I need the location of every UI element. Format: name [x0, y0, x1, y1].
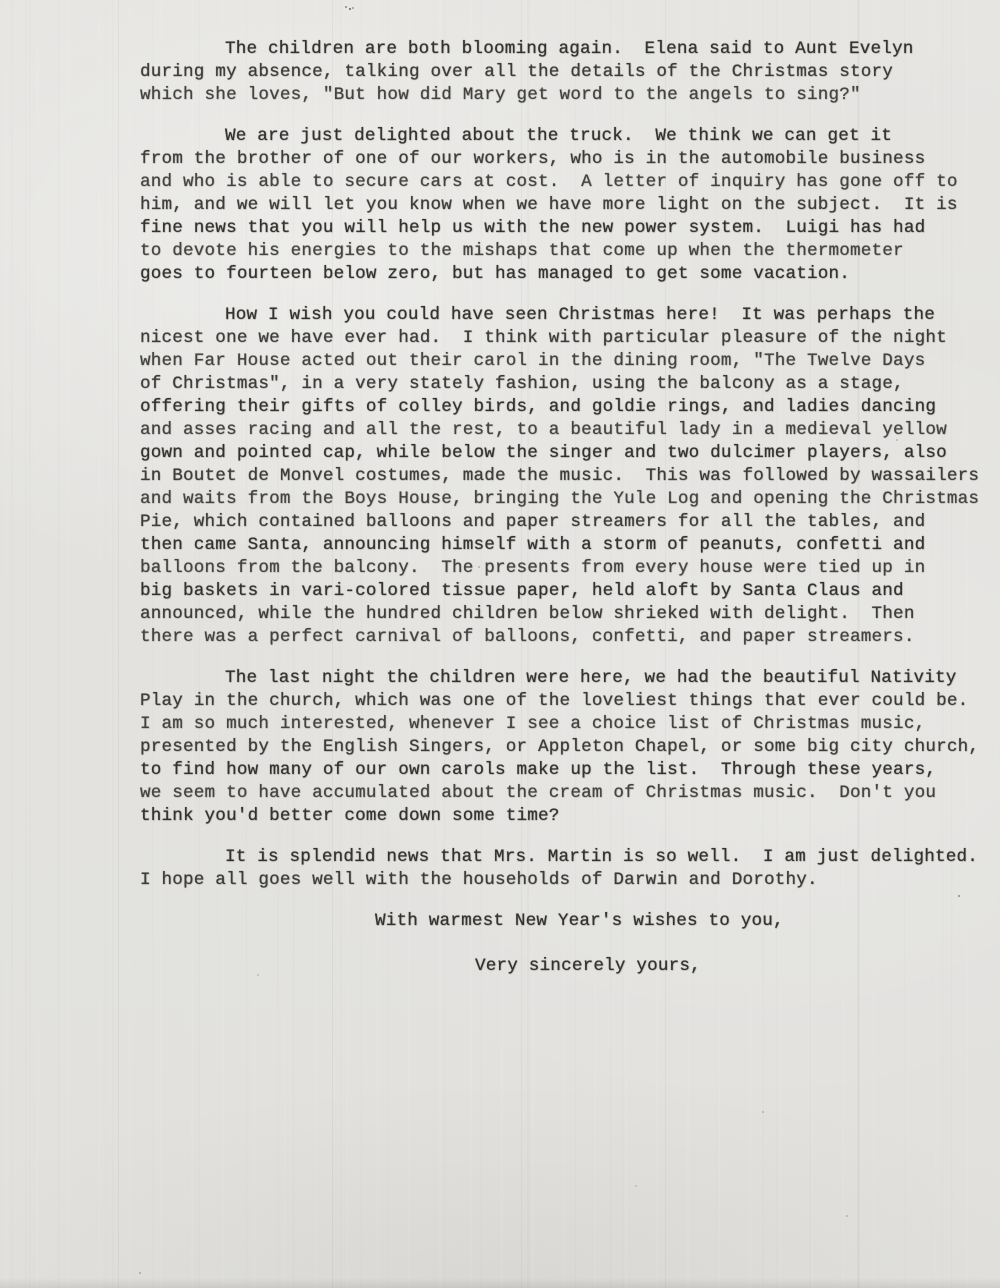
paragraph: It is splendid news that Mrs. Martin is … — [140, 846, 990, 892]
letter-line: The last night the children were here, w… — [140, 667, 990, 690]
letter-line: goes to fourteen below zero, but has man… — [140, 263, 990, 286]
paragraph: The children are both blooming again. El… — [140, 38, 990, 107]
closing-line: Very sincerely yours, — [475, 955, 990, 978]
letter-line: offering their gifts of colley birds, an… — [140, 396, 990, 419]
letter-line: in Boutet de Monvel costumes, made the m… — [140, 465, 990, 488]
letter-line: big baskets in vari-colored tissue paper… — [140, 580, 990, 603]
letter-line: when Far House acted out their carol in … — [140, 350, 990, 373]
letter-line: there was a perfect carnival of balloons… — [140, 626, 990, 649]
letter-line: him, and we will let you know when we ha… — [140, 194, 990, 217]
closing-line: With warmest New Year's wishes to you, — [375, 910, 990, 933]
letter-line: fine news that you will help us with the… — [140, 217, 990, 240]
letter-line: nicest one we have ever had. I think wit… — [140, 327, 990, 350]
page-edge-shadow — [0, 1278, 1000, 1288]
letter-body: The children are both blooming again. El… — [140, 38, 990, 978]
letter-line: gown and pointed cap, while below the si… — [140, 442, 990, 465]
paragraph: How I wish you could have seen Christmas… — [140, 304, 990, 649]
letter-line: We are just delighted about the truck. W… — [140, 125, 990, 148]
letter-line: of Christmas", in a very stately fashion… — [140, 373, 990, 396]
letter-line: balloons from the balcony. The presents … — [140, 557, 990, 580]
letter-line: presented by the English Singers, or App… — [140, 736, 990, 759]
letter-line: and who is able to secure cars at cost. … — [140, 171, 990, 194]
letter-line: to devote his energies to the mishaps th… — [140, 240, 990, 263]
paragraph: The last night the children were here, w… — [140, 667, 990, 828]
paragraph: We are just delighted about the truck. W… — [140, 125, 990, 286]
letter-line: from the brother of one of our workers, … — [140, 148, 990, 171]
letter-line: The children are both blooming again. El… — [140, 38, 990, 61]
letter-line: we seem to have accumulated about the cr… — [140, 782, 990, 805]
letter-line: How I wish you could have seen Christmas… — [140, 304, 990, 327]
letter-line: and waits from the Boys House, bringing … — [140, 488, 990, 511]
scanned-letter-page: { "page": { "kind": "scanned typewritten… — [0, 0, 1000, 1288]
letter-line: to find how many of our own carols make … — [140, 759, 990, 782]
scan-streak-line — [118, 0, 119, 1288]
letter-line: It is splendid news that Mrs. Martin is … — [140, 846, 990, 869]
letter-line: I am so much interested, whenever I see … — [140, 713, 990, 736]
ink-speck — [345, 6, 347, 8]
letter-line: Play in the church, which was one of the… — [140, 690, 990, 713]
letter-line: announced, while the hundred children be… — [140, 603, 990, 626]
letter-line: Pie, which contained balloons and paper … — [140, 511, 990, 534]
letter-line: during my absence, talking over all the … — [140, 61, 990, 84]
letter-line: I hope all goes well with the households… — [140, 869, 990, 892]
letter-line: which she loves, "But how did Mary get w… — [140, 84, 990, 107]
letter-line: think you'd better come down some time? — [140, 805, 990, 828]
letter-line: and asses racing and all the rest, to a … — [140, 419, 990, 442]
letter-line: then came Santa, announcing himself with… — [140, 534, 990, 557]
